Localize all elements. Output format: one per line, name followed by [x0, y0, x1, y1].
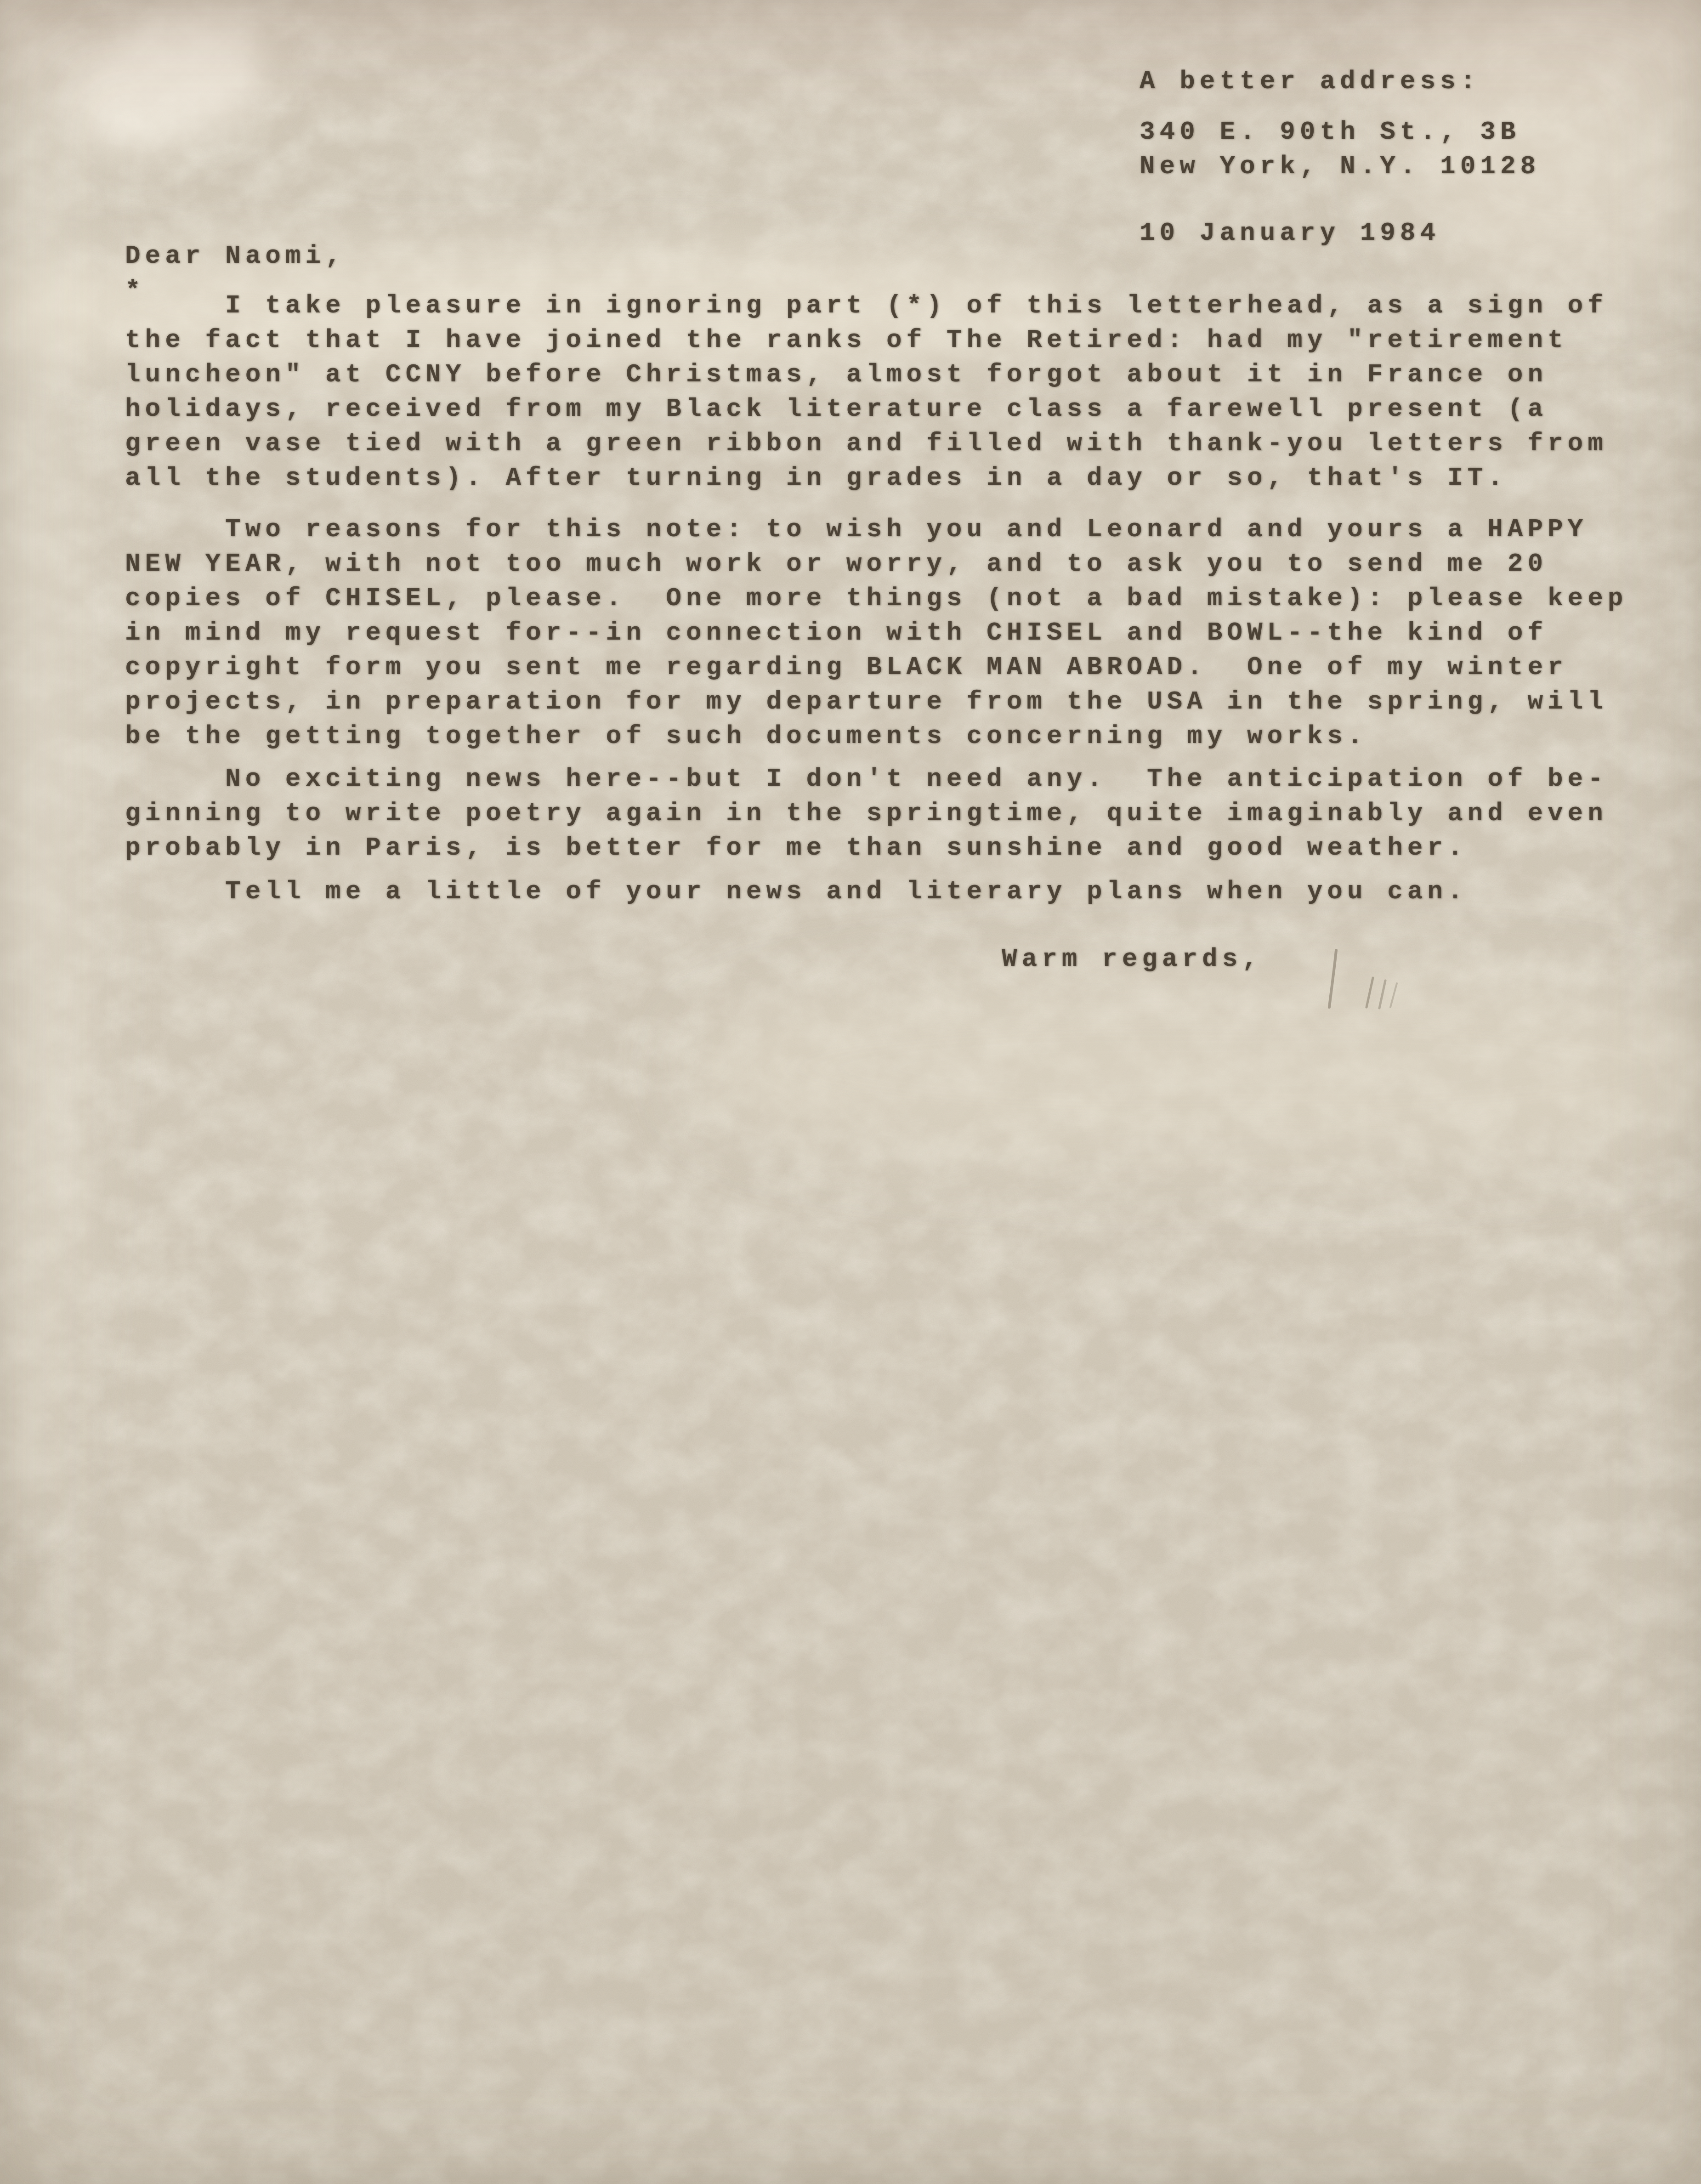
paper-light-band-rightmid — [689, 970, 1701, 1167]
letter-page: A better address: 340 E. 90th St., 3B Ne… — [0, 0, 1701, 2184]
return-address: 340 E. 90th St., 3B New York, N.Y. 10128 — [1140, 115, 1540, 184]
paragraph-4: Tell me a little of your news and litera… — [125, 874, 1468, 909]
paragraph-1: I take pleasure in ignoring part (*) of … — [125, 289, 1608, 495]
paragraph-2: Two reasons for this note: to wish you a… — [125, 512, 1627, 754]
paragraph-3: No exciting news here--but I don't need … — [125, 762, 1608, 865]
letter-date: 10 January 1984 — [1140, 216, 1440, 250]
closing-line: Warm regards, — [1002, 942, 1262, 976]
paper-light-band-left — [0, 0, 87, 1516]
signature-mark — [1310, 937, 1447, 1025]
return-address-label: A better address: — [1140, 64, 1480, 99]
paper-highlight-corner — [55, 0, 280, 170]
paper-bottom-shade — [0, 1195, 1701, 2184]
